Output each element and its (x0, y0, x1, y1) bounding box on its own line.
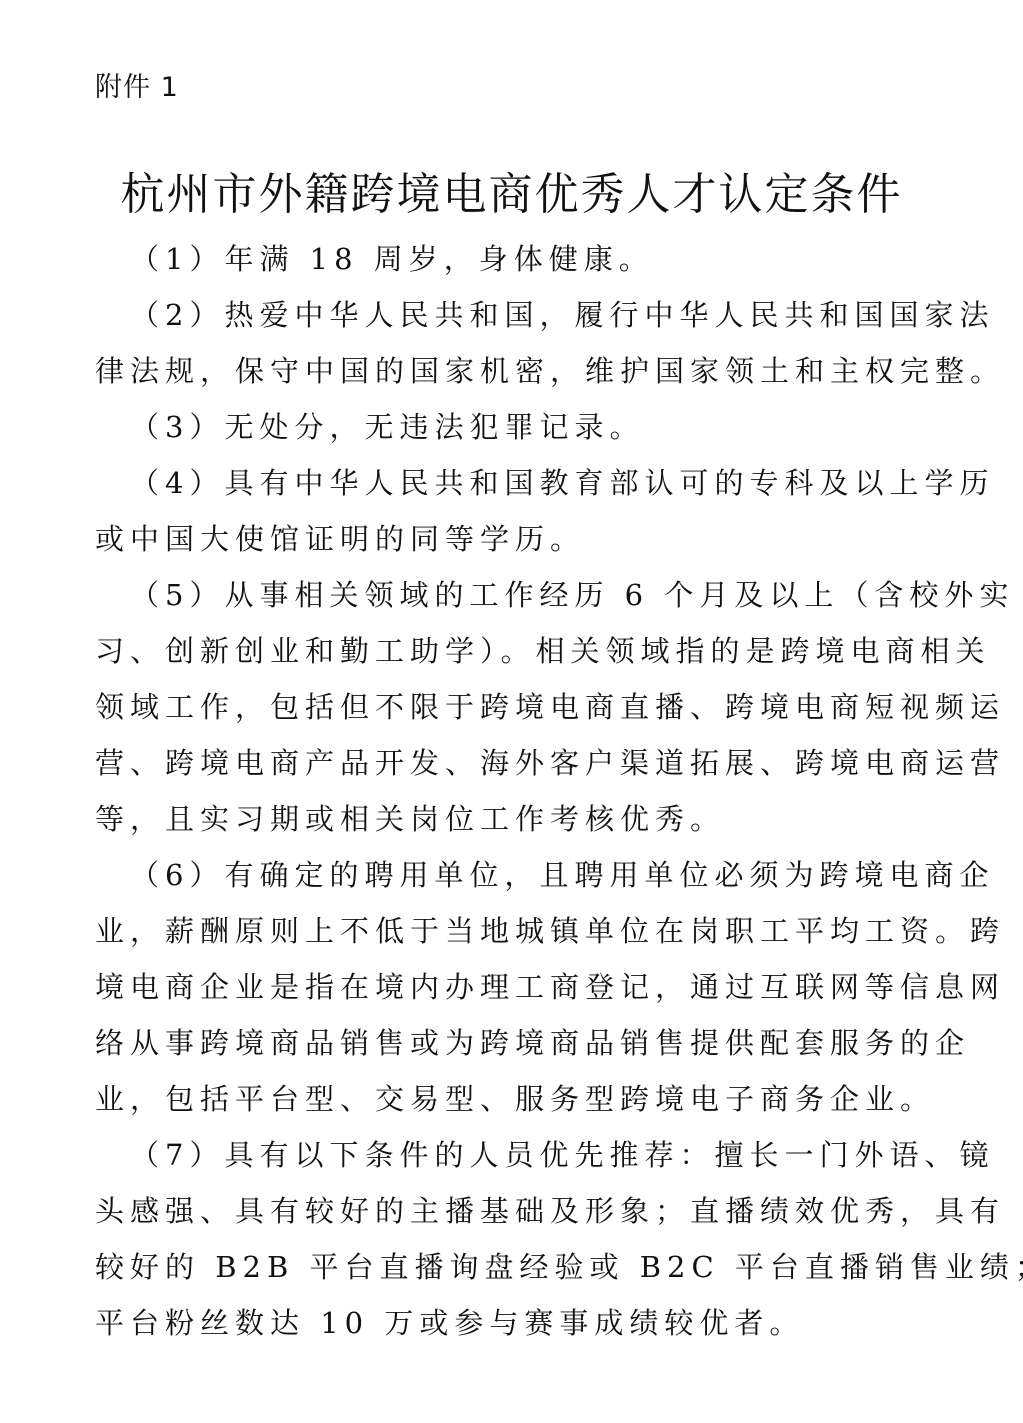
text-line: （1）年满 18 周岁，身体健康。 (95, 231, 927, 287)
text-line: 境电商企业是指在境内办理工商登记，通过互联网等信息网 (60, 959, 927, 1015)
text-line: 或中国大使馆证明的同等学历。 (60, 511, 927, 567)
criteria-list: （1）年满 18 周岁，身体健康。 （2）热爱中华人民共和国，履行中华人民共和国… (95, 231, 927, 1351)
document-title: 杭州市外籍跨境电商优秀人才认定条件 (0, 167, 1023, 223)
criterion-1: （1）年满 18 周岁，身体健康。 (95, 231, 927, 287)
text-line: 较好的 B2B 平台直播询盘经验或 B2C 平台直播销售业绩；全 (60, 1239, 927, 1295)
text-line: （5）从事相关领域的工作经历 6 个月及以上（含校外实 (95, 567, 927, 623)
text-line: 律法规，保守中国的国家机密，维护国家领土和主权完整。 (60, 343, 927, 399)
criterion-5: （5）从事相关领域的工作经历 6 个月及以上（含校外实 习、创新创业和勤工助学）… (95, 567, 927, 847)
text-line: 领域工作，包括但不限于跨境电商直播、跨境电商短视频运 (60, 679, 927, 735)
criterion-2: （2）热爱中华人民共和国，履行中华人民共和国国家法 律法规，保守中国的国家机密，… (95, 287, 927, 399)
criterion-4: （4）具有中华人民共和国教育部认可的专科及以上学历 或中国大使馆证明的同等学历。 (95, 455, 927, 567)
text-line: 头感强、具有较好的主播基础及形象；直播绩效优秀，具有 (60, 1183, 927, 1239)
attachment-label: 附件 1 (95, 70, 179, 106)
criterion-3: （3）无处分，无违法犯罪记录。 (95, 399, 927, 455)
text-line: （2）热爱中华人民共和国，履行中华人民共和国国家法 (95, 287, 927, 343)
text-line: 络从事跨境商品销售或为跨境商品销售提供配套服务的企 (60, 1015, 927, 1071)
text-line: （3）无处分，无违法犯罪记录。 (95, 399, 927, 455)
criterion-6: （6）有确定的聘用单位，且聘用单位必须为跨境电商企 业，薪酬原则上不低于当地城镇… (95, 847, 927, 1127)
criterion-7: （7）具有以下条件的人员优先推荐：擅长一门外语、镜 头感强、具有较好的主播基础及… (95, 1127, 927, 1351)
text-line: 习、创新创业和勤工助学）。相关领域指的是跨境电商相关 (60, 623, 927, 679)
text-line: 业，包括平台型、交易型、服务型跨境电子商务企业。 (60, 1071, 927, 1127)
text-line: 营、跨境电商产品开发、海外客户渠道拓展、跨境电商运营 (60, 735, 927, 791)
text-line: （7）具有以下条件的人员优先推荐：擅长一门外语、镜 (95, 1127, 927, 1183)
text-line: 业，薪酬原则上不低于当地城镇单位在岗职工平均工资。跨 (60, 903, 927, 959)
text-line: 等，且实习期或相关岗位工作考核优秀。 (60, 791, 927, 847)
text-line: （4）具有中华人民共和国教育部认可的专科及以上学历 (95, 455, 927, 511)
text-line: 平台粉丝数达 10 万或参与赛事成绩较优者。 (60, 1295, 927, 1351)
text-line: （6）有确定的聘用单位，且聘用单位必须为跨境电商企 (95, 847, 927, 903)
